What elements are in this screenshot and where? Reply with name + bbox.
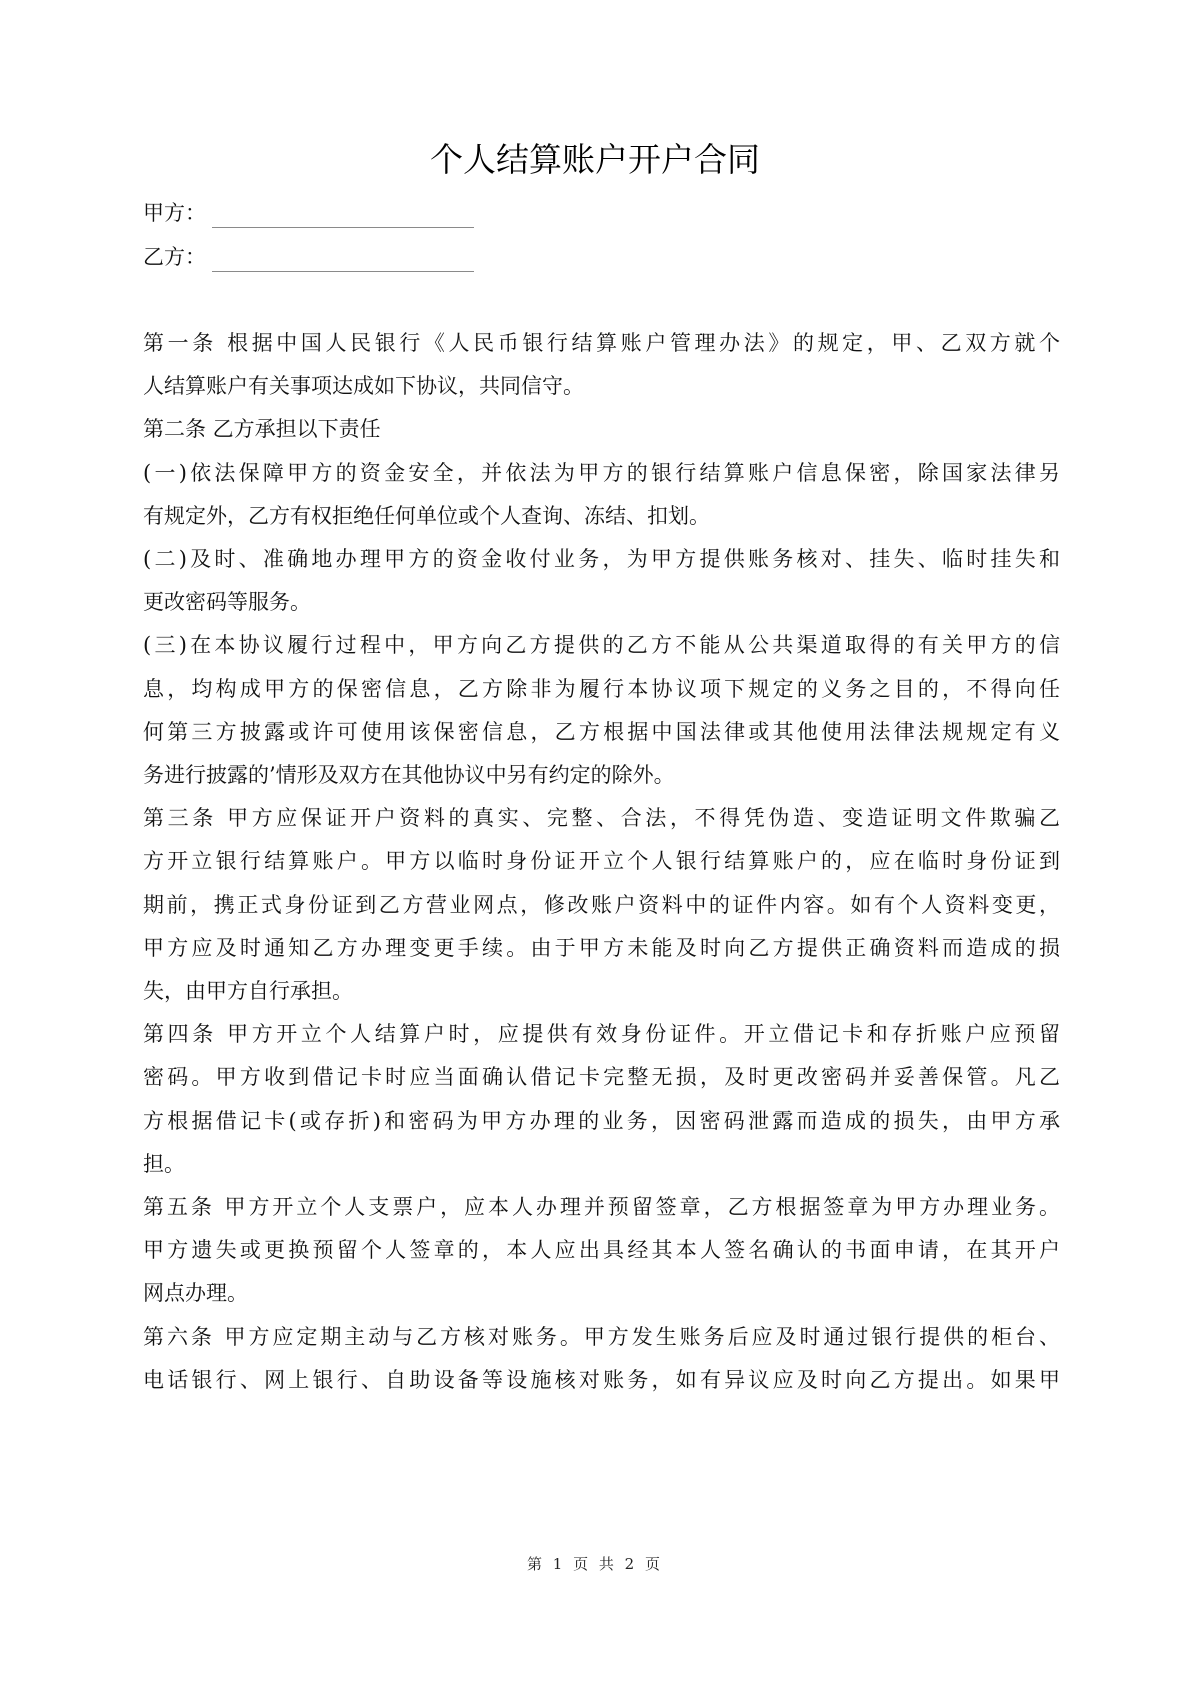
text-line: 失，由甲方自行承担。 [143, 970, 1060, 1013]
text-line: (二)及时、准确地办理甲方的资金收付业务，为甲方提供账务核对、挂失、临时挂失和 [143, 538, 1060, 581]
text-line: 甲方应及时通知乙方办理变更手续。由于甲方未能及时向乙方提供正确资料而造成的损 [143, 927, 1060, 970]
text-line: 第五条 甲方开立个人支票户，应本人办理并预留签章，乙方根据签章为甲方办理业务。 [143, 1186, 1060, 1229]
text-line: 第六条 甲方应定期主动与乙方核对账务。甲方发生账务后应及时通过银行提供的柜台、 [143, 1316, 1060, 1359]
text-line: 方根据借记卡(或存折)和密码为甲方办理的业务，因密码泄露而造成的损失，由甲方承 [143, 1100, 1060, 1143]
article-2-item-3: (三)在本协议履行过程中，甲方向乙方提供的乙方不能从公共渠道取得的有关甲方的信 … [143, 624, 1060, 797]
contract-body: 第一条 根据中国人民银行《人民币银行结算账户管理办法》的规定，甲、乙双方就个 人… [143, 322, 1060, 1402]
text-line: 密码。甲方收到借记卡时应当面确认借记卡完整无损，及时更改密码并妥善保管。凡乙 [143, 1056, 1060, 1099]
text-line: 网点办理。 [143, 1272, 1060, 1315]
text-line: 人结算账户有关事项达成如下协议，共同信守。 [143, 365, 1060, 408]
article-2-item-1: (一)依法保障甲方的资金安全，并依法为甲方的银行结算账户信息保密，除国家法律另 … [143, 452, 1060, 538]
text-line: 方开立银行结算账户。甲方以临时身份证开立个人银行结算账户的，应在临时身份证到 [143, 840, 1060, 883]
party-b-field: 乙方： [143, 242, 474, 272]
article-3: 第三条 甲方应保证开户资料的真实、完整、合法，不得凭伪造、变造证明文件欺骗乙 方… [143, 797, 1060, 1013]
text-line: 第一条 根据中国人民银行《人民币银行结算账户管理办法》的规定，甲、乙双方就个 [143, 322, 1060, 365]
text-line: 息，均构成甲方的保密信息，乙方除非为履行本协议项下规定的义务之目的，不得向任 [143, 668, 1060, 711]
article-2-item-2: (二)及时、准确地办理甲方的资金收付业务，为甲方提供账务核对、挂失、临时挂失和 … [143, 538, 1060, 624]
party-a-label: 甲方： [143, 198, 206, 228]
party-a-field: 甲方： [143, 198, 474, 228]
text-line: 期前，携正式身份证到乙方营业网点，修改账户资料中的证件内容。如有个人资料变更， [143, 884, 1060, 927]
party-a-blank[interactable] [212, 205, 474, 228]
article-5: 第五条 甲方开立个人支票户，应本人办理并预留签章，乙方根据签章为甲方办理业务。 … [143, 1186, 1060, 1316]
text-line: 第四条 甲方开立个人结算户时，应提供有效身份证件。开立借记卡和存折账户应预留 [143, 1013, 1060, 1056]
document-page: 个人结算账户开户合同 甲方： 乙方： 第一条 根据中国人民银行《人民币银行结算账… [0, 0, 1190, 1683]
text-line: 务进行披露的’情形及双方在其他协议中另有约定的除外。 [143, 754, 1060, 797]
text-line: 第三条 甲方应保证开户资料的真实、完整、合法，不得凭伪造、变造证明文件欺骗乙 [143, 797, 1060, 840]
text-line: 甲方遗失或更换预留个人签章的，本人应出具经其本人签名确认的书面申请，在其开户 [143, 1229, 1060, 1272]
party-b-label: 乙方： [143, 242, 206, 272]
text-line: 何第三方披露或许可使用该保密信息，乙方根据中国法律或其他使用法律法规规定有义 [143, 711, 1060, 754]
article-6: 第六条 甲方应定期主动与乙方核对账务。甲方发生账务后应及时通过银行提供的柜台、 … [143, 1316, 1060, 1402]
article-2: 第二条 乙方承担以下责任 [143, 408, 1060, 451]
text-line: 第二条 乙方承担以下责任 [143, 408, 1060, 451]
text-line: 担。 [143, 1143, 1060, 1186]
page-indicator: 第 1 页 共 2 页 [0, 1553, 1190, 1574]
text-line: 更改密码等服务。 [143, 581, 1060, 624]
text-line: (一)依法保障甲方的资金安全，并依法为甲方的银行结算账户信息保密，除国家法律另 [143, 452, 1060, 495]
text-line: 电话银行、网上银行、自助设备等设施核对账务，如有异议应及时向乙方提出。如果甲 [143, 1359, 1060, 1402]
text-line: (三)在本协议履行过程中，甲方向乙方提供的乙方不能从公共渠道取得的有关甲方的信 [143, 624, 1060, 667]
text-line: 有规定外，乙方有权拒绝任何单位或个人查询、冻结、扣划。 [143, 495, 1060, 538]
party-b-blank[interactable] [212, 249, 474, 272]
article-1: 第一条 根据中国人民银行《人民币银行结算账户管理办法》的规定，甲、乙双方就个 人… [143, 322, 1060, 408]
article-4: 第四条 甲方开立个人结算户时，应提供有效身份证件。开立借记卡和存折账户应预留 密… [143, 1013, 1060, 1186]
document-title: 个人结算账户开户合同 [0, 136, 1190, 184]
